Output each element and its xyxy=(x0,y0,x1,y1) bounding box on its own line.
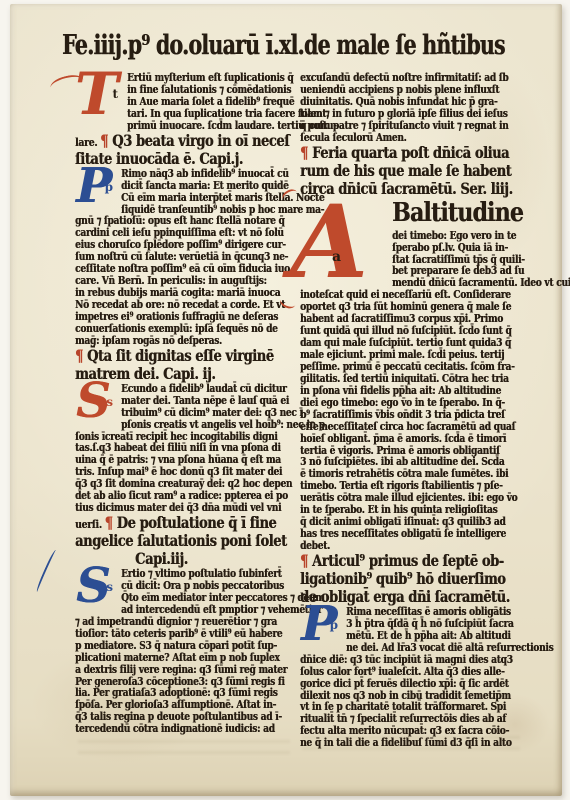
text-line: ligationib⁹ quib⁹ hō diuerſimo xyxy=(300,570,524,588)
text-line: ¶ Q̄ta ſit dignitas eſſe virginē xyxy=(75,347,296,365)
running-title-text: Fe.iiij.p⁹ do.oluarū ī.xl.de male ſe hñt… xyxy=(62,30,505,61)
decorated-initial-S: Ss xyxy=(75,383,121,419)
text-line: rum de his que male ſe habent xyxy=(300,162,524,180)
guide-letter: s xyxy=(106,396,113,408)
decorated-initial-T: Tt xyxy=(75,72,127,120)
initial-letter: A xyxy=(290,192,368,292)
running-title: Fe.iiij.p⁹ do.oluarū ī.xl.de male ſe hñt… xyxy=(62,30,527,64)
decorated-initial-A: Aa xyxy=(288,198,392,278)
decorated-initial-S: Ss xyxy=(75,568,121,604)
guide-letter: a xyxy=(332,250,341,264)
guide-letter: s xyxy=(106,581,113,593)
right-column: excuſandū defectū noſtre infirmitatiſ: a… xyxy=(300,72,524,749)
left-column: TtErtiū myſterium eſt ſuplicationis q̄in… xyxy=(75,72,296,735)
guide-letter: t xyxy=(112,88,118,100)
text-line: lare. ¶ Q3 beata virgo in oī neceſ xyxy=(75,132,296,150)
guide-letter: p xyxy=(105,181,113,193)
decorated-initial-P: Pp xyxy=(300,606,346,642)
showthrough-text xyxy=(78,732,290,758)
showthrough-text xyxy=(302,728,520,754)
text-line: uerſi. ¶ De poſtulatione q̄ ī fine xyxy=(75,514,296,532)
guide-letter: p xyxy=(330,619,338,631)
text-line: angelice ſalutationis poni ſolet xyxy=(75,532,296,550)
decorated-initial-P: Pp xyxy=(75,168,121,204)
text-line: has tres neceſſitates obligatū ſe intell… xyxy=(300,528,524,540)
text-line: ¶ Articul⁹ primus de ſeptē ob- xyxy=(300,552,524,570)
text-line: ¶ Feria quarta poſt dn̄icā oliua xyxy=(300,144,524,162)
